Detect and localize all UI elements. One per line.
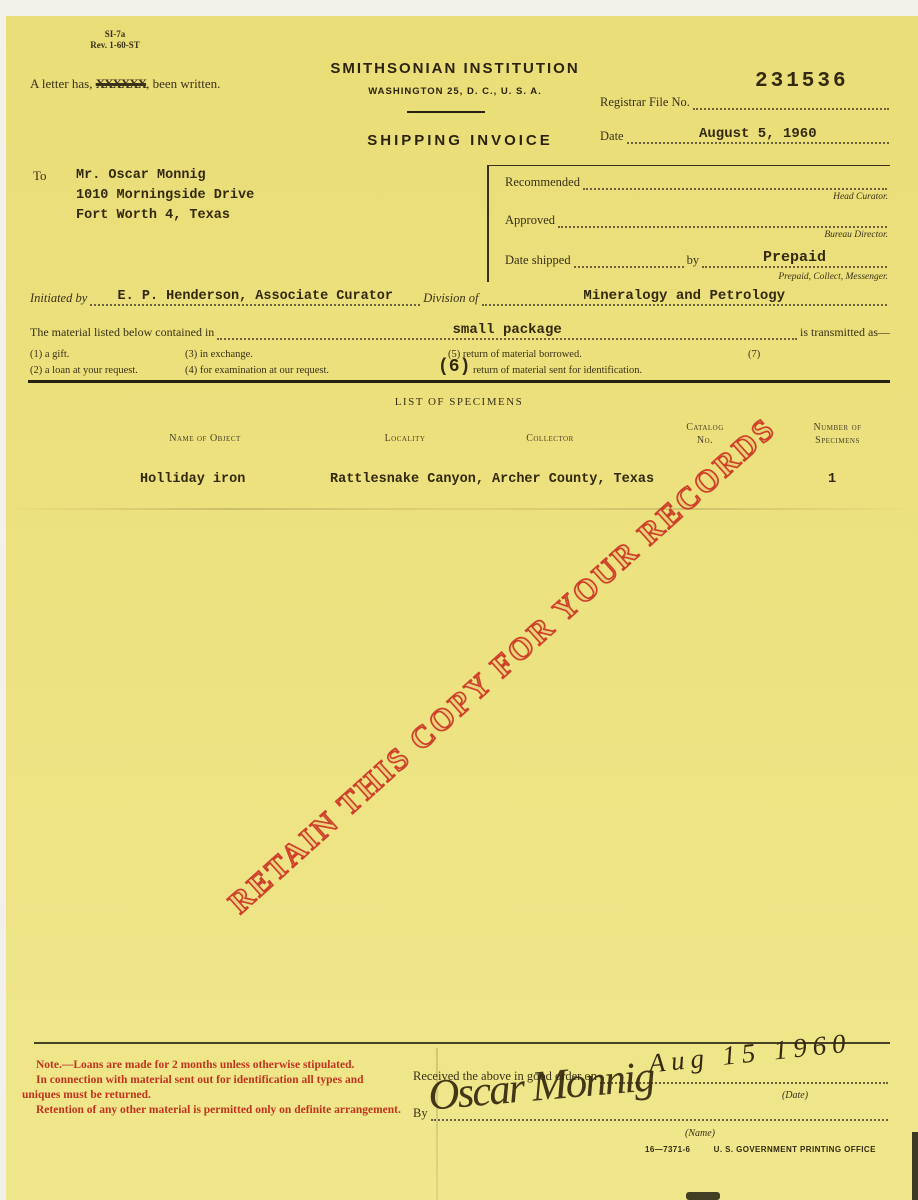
loan-note-line-1: Note.—Loans are made for 2 months unless… — [22, 1058, 402, 1073]
option-3: (3) in exchange. — [185, 349, 253, 360]
recommended-line — [583, 174, 887, 190]
form-revision: Rev. 1-60-ST — [60, 40, 170, 51]
option-4: (4) for examination at our request. — [185, 365, 329, 376]
scan-bottom-artifact — [686, 1192, 720, 1200]
specimen-name: Holliday iron — [140, 472, 245, 487]
option-1: (1) a gift. — [30, 349, 69, 360]
option-6-text: return of material sent for identificati… — [473, 365, 642, 376]
option-7: (7) — [748, 349, 760, 360]
division-label: Division of — [423, 291, 478, 306]
date-label: Date — [600, 129, 624, 144]
recipient-line-3: Fort Worth 4, Texas — [76, 206, 254, 226]
column-header-name: Name of Object — [130, 433, 280, 444]
document-title: SHIPPING INVOICE — [280, 132, 640, 149]
material-line-suffix: is transmitted as— — [800, 325, 890, 340]
letterhead-divider — [407, 111, 485, 113]
recipient-address: Mr. Oscar Monnig 1010 Morningside Drive … — [76, 166, 254, 226]
date-shipped-label: Date shipped — [505, 253, 571, 268]
form-code: SI-7a — [60, 29, 170, 40]
section-divider — [28, 380, 890, 383]
registrar-file-line — [693, 94, 889, 110]
received-by-label: By — [413, 1106, 428, 1121]
registrar-file-label: Registrar File No. — [600, 95, 690, 110]
registrar-file-number: 231536 — [755, 70, 849, 93]
approval-box-top-border — [487, 165, 890, 166]
name-caption: (Name) — [655, 1128, 745, 1139]
column-header-number-line2: Specimens — [785, 434, 890, 447]
head-curator-caption: Head Curator. — [600, 192, 888, 202]
option-2: (2) a loan at your request. — [30, 365, 138, 376]
scanned-shipping-invoice: SI-7a Rev. 1-60-ST A letter has, XXXXXX,… — [0, 0, 918, 1200]
date-value: August 5, 1960 — [627, 126, 889, 142]
date-caption: (Date) — [745, 1090, 845, 1101]
letter-note-prefix: A letter has, — [30, 76, 92, 91]
loan-note-line-2: In connection with material sent out for… — [22, 1073, 402, 1103]
option-6-selected-mark: (6) — [438, 357, 470, 377]
scan-edge-artifact — [912, 1132, 918, 1200]
column-header-number: Number of Specimens — [785, 421, 890, 447]
letter-note-suffix: , been written. — [146, 76, 220, 91]
specimen-count: 1 — [828, 472, 836, 487]
recipient-line-2: 1010 Morningside Drive — [76, 186, 254, 206]
column-header-locality: Locality — [350, 433, 460, 444]
fold-crease — [0, 508, 918, 510]
recommended-label: Recommended — [505, 175, 580, 190]
institution-name: SMITHSONIAN INSTITUTION — [255, 60, 655, 77]
initiated-by-value: E. P. Henderson, Associate Curator — [90, 289, 420, 304]
specimen-locality: Rattlesnake Canyon, Archer County, Texas — [330, 472, 654, 487]
letter-written-note: A letter has, XXXXXX, been written. — [30, 76, 220, 92]
material-line-prefix: The material listed below contained in — [30, 325, 214, 340]
column-header-collector: Collector — [495, 433, 605, 444]
loan-note-line-3: Retention of any other material is permi… — [22, 1103, 402, 1118]
initiated-by-label: Initiated by — [30, 291, 87, 306]
approved-label: Approved — [505, 213, 555, 228]
print-code: 16—7371-6 — [645, 1145, 690, 1154]
date-shipped-line — [574, 252, 684, 268]
letter-note-struck-text: XXXXXX — [96, 76, 146, 91]
institution-address: WASHINGTON 25, D. C., U. S. A. — [255, 86, 655, 97]
to-label: To — [33, 168, 47, 184]
shipped-by-label: by — [687, 253, 700, 268]
column-header-number-line1: Number of — [785, 421, 890, 434]
loan-note: Note.—Loans are made for 2 months unless… — [22, 1058, 402, 1118]
approved-line — [558, 212, 887, 228]
shipping-method-value: Prepaid — [702, 249, 887, 266]
container-value: small package — [217, 322, 797, 338]
printing-office: U. S. GOVERNMENT PRINTING OFFICE — [714, 1145, 876, 1154]
shipping-options-caption: Prepaid, Collect, Messenger. — [600, 272, 888, 282]
division-value: Mineralogy and Petrology — [482, 288, 888, 304]
printing-office-line: 16—7371-6 U. S. GOVERNMENT PRINTING OFFI… — [645, 1145, 876, 1154]
specimens-heading: LIST OF SPECIMENS — [0, 396, 918, 408]
approval-box-left-border — [487, 166, 489, 282]
bureau-director-caption: Bureau Director. — [600, 230, 888, 240]
recipient-line-1: Mr. Oscar Monnig — [76, 166, 254, 186]
